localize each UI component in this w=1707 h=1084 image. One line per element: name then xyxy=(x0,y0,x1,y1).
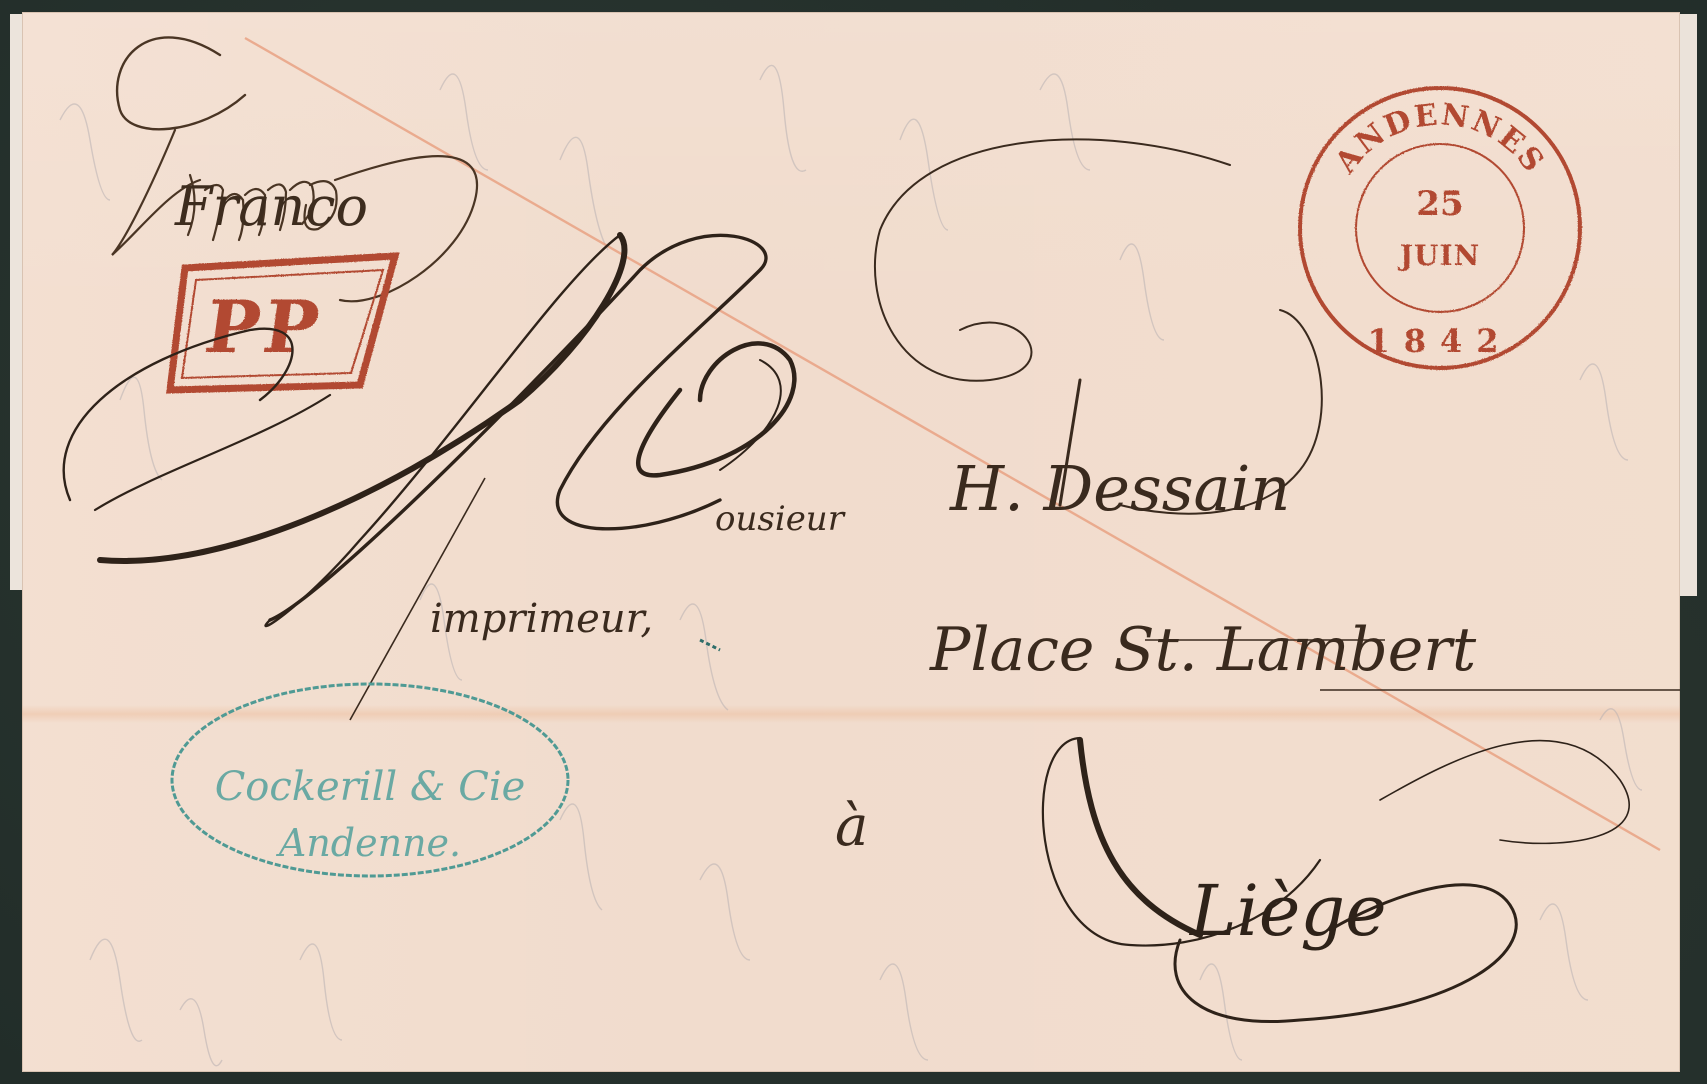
letter-markings: PP ousieur Monsieur imprimeur, H. Dessai… xyxy=(0,0,1707,1084)
addressee-name: H. Dessain xyxy=(949,452,1290,525)
preposition-text: à xyxy=(835,794,868,859)
svg-text:Cockerill & Cie: Cockerill & Cie xyxy=(215,764,526,810)
street-address: Place St. Lambert xyxy=(929,615,1477,685)
cockerill-cachet: Cockerill & Cie Andenne. xyxy=(172,684,568,876)
svg-text:25: 25 xyxy=(1416,184,1463,224)
monsieur-flourish xyxy=(64,235,795,626)
franco-text: Franco xyxy=(174,175,368,238)
svg-text:JUIN: JUIN xyxy=(1397,239,1480,272)
svg-text:1842: 1842 xyxy=(1367,322,1512,360)
occupation-line: imprimeur, xyxy=(350,478,720,720)
andennes-postmark: ANDENNES 25 JUIN 1842 xyxy=(1300,88,1580,368)
svg-text:Andenne.: Andenne. xyxy=(276,821,461,865)
pp-handstamp: PP xyxy=(170,256,395,390)
city-text: Liège xyxy=(1188,870,1387,952)
svg-text:imprimeur,: imprimeur, xyxy=(430,596,653,642)
salutation-text: ousieur xyxy=(715,499,846,539)
